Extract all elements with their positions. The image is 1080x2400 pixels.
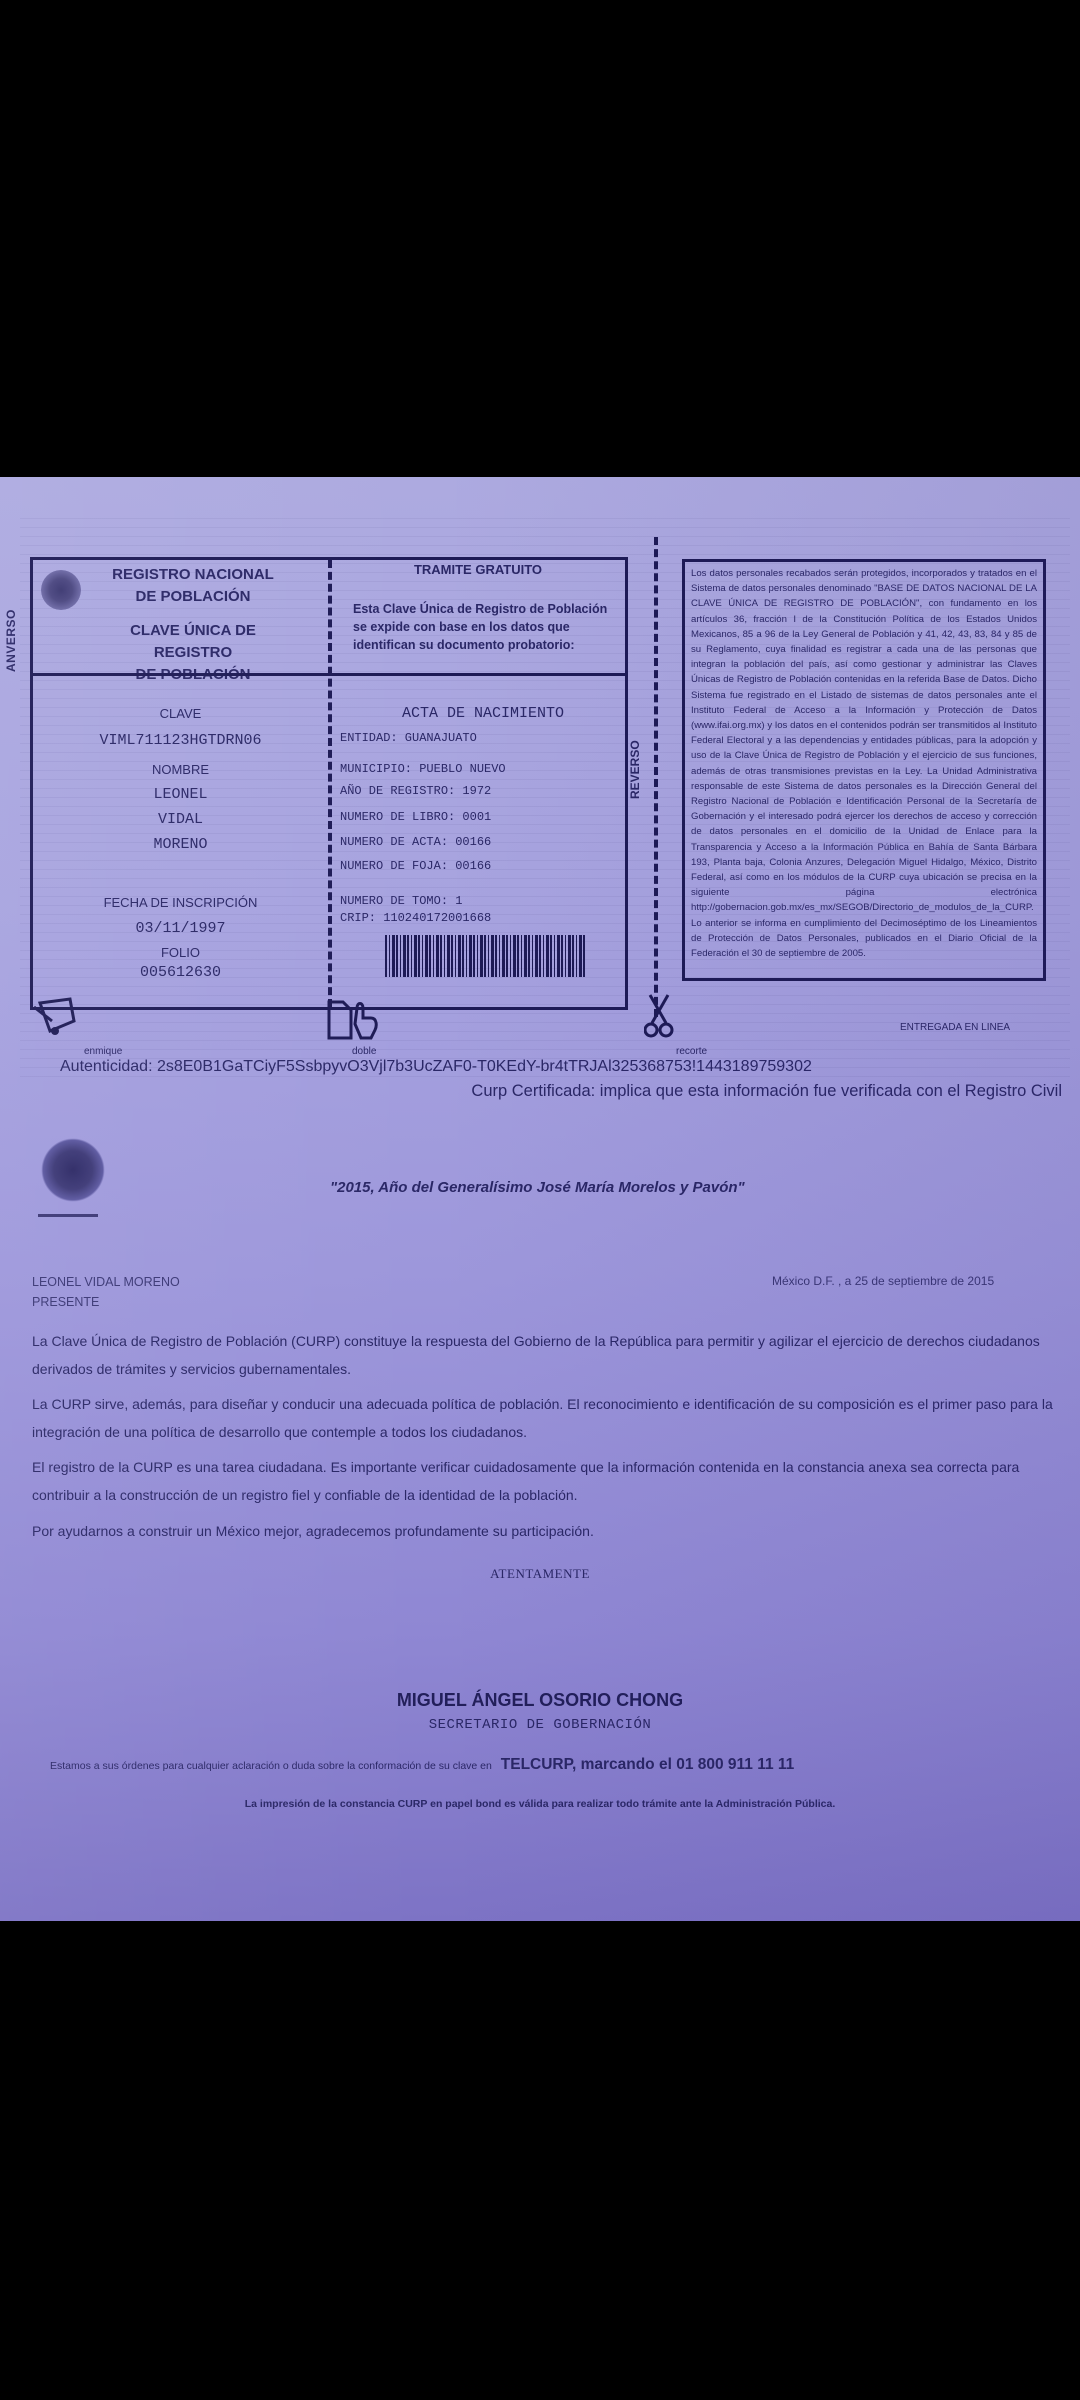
apellido-materno: MORENO bbox=[33, 836, 328, 853]
fold-corner-icon bbox=[30, 995, 80, 1037]
nombre-value: LEONEL bbox=[33, 786, 328, 803]
recorte-label: recorte bbox=[676, 1046, 707, 1057]
field-entidad: ENTIDAD: GUANAJUATO bbox=[340, 731, 477, 745]
letter-date: México D.F. , a 25 de septiembre de 2015 bbox=[772, 1274, 994, 1288]
contact-text: Estamos a sus órdenes para cualquier acl… bbox=[50, 1760, 492, 1772]
document-photo: ANVERSO REGISTRO NACIONAL DE POBLACIÓN C… bbox=[0, 477, 1080, 1921]
field-libro: NUMERO DE LIBRO: 0001 bbox=[340, 810, 491, 824]
motto: "2015, Año del Generalísimo José María M… bbox=[330, 1179, 745, 1196]
field-municipio: MUNICIPIO: PUEBLO NUEVO bbox=[340, 762, 506, 776]
registro-title: REGISTRO NACIONAL DE POBLACIÓN bbox=[93, 564, 293, 608]
signer-name: MIGUEL ÁNGEL OSORIO CHONG bbox=[0, 1690, 1080, 1711]
field-anio-registro: AÑO DE REGISTRO: 1972 bbox=[340, 784, 491, 798]
entregada-label: ENTREGADA EN LINEA bbox=[900, 1022, 1010, 1033]
contact-info: Estamos a sus órdenes para cualquier acl… bbox=[50, 1756, 794, 1774]
mexico-emblem-icon bbox=[41, 570, 81, 610]
curp-card-front: REGISTRO NACIONAL DE POBLACIÓN CLAVE ÚNI… bbox=[30, 557, 628, 1010]
nombre-label: NOMBRE bbox=[33, 761, 328, 779]
reverso-label: REVERSO bbox=[628, 740, 642, 799]
field-tomo: NUMERO DE TOMO: 1 bbox=[340, 894, 462, 908]
folio-label: FOLIO bbox=[33, 944, 328, 962]
clave-label: CLAVE bbox=[33, 705, 328, 723]
recipient-name: LEONEL VIDAL MORENO bbox=[32, 1272, 180, 1292]
fecha-inscripcion-label: FECHA DE INSCRIPCIÓN bbox=[33, 894, 328, 912]
recipient-status: PRESENTE bbox=[32, 1292, 180, 1312]
mexico-coat-of-arms-icon bbox=[38, 1137, 108, 1203]
doble-label: doble bbox=[352, 1046, 376, 1057]
signer-title: SECRETARIO DE GOBERNACIÓN bbox=[0, 1717, 1080, 1733]
barcode bbox=[385, 935, 585, 977]
recipient: LEONEL VIDAL MORENO PRESENTE bbox=[32, 1272, 180, 1312]
telcurp-phone: TELCURP, marcando el 01 800 911 11 11 bbox=[501, 1756, 795, 1773]
fecha-inscripcion-value: 03/11/1997 bbox=[33, 920, 328, 937]
apellido-paterno: VIDAL bbox=[33, 811, 328, 828]
cut-line bbox=[654, 537, 658, 1017]
enmique-label: enmique bbox=[84, 1046, 122, 1057]
tramite-description: Esta Clave Única de Registro de Població… bbox=[353, 600, 618, 654]
paragraph-3: El registro de la CURP es una tarea ciud… bbox=[32, 1453, 1062, 1509]
folio-value: 005612630 bbox=[33, 964, 328, 981]
curp-certificada-note: Curp Certificada: implica que esta infor… bbox=[471, 1082, 1062, 1101]
validity-note: La impresión de la constancia CURP en pa… bbox=[0, 1798, 1080, 1810]
field-foja: NUMERO DE FOJA: 00166 bbox=[340, 859, 491, 873]
fold-line bbox=[328, 560, 332, 1007]
scissors-icon bbox=[644, 993, 674, 1039]
fold-hand-icon bbox=[327, 1000, 385, 1040]
autenticidad-code: Autenticidad: 2s8E0B1GaTCiyF5SsbpyvO3Vjl… bbox=[60, 1058, 812, 1076]
closing: ATENTAMENTE bbox=[0, 1566, 1080, 1582]
seal-caption bbox=[38, 1214, 98, 1217]
field-crip: CRIP: 110240172001668 bbox=[340, 911, 491, 925]
curp-card-back: Los datos personales recabados serán pro… bbox=[682, 559, 1046, 981]
paragraph-4: Por ayudarnos a construir un México mejo… bbox=[32, 1517, 1062, 1545]
tramite-gratuito: TRAMITE GRATUITO bbox=[338, 562, 618, 577]
clave-value: VIML711123HGTDRN06 bbox=[33, 732, 328, 749]
paragraph-1: La Clave Única de Registro de Población … bbox=[32, 1327, 1062, 1383]
anverso-label: ANVERSO bbox=[4, 609, 18, 672]
curp-title: CLAVE ÚNICA DE REGISTRO DE POBLACIÓN bbox=[93, 620, 293, 686]
field-acta: NUMERO DE ACTA: 00166 bbox=[340, 835, 491, 849]
documento-type: ACTA DE NACIMIENTO bbox=[353, 705, 613, 722]
paragraph-2: La CURP sirve, además, para diseñar y co… bbox=[32, 1390, 1062, 1446]
